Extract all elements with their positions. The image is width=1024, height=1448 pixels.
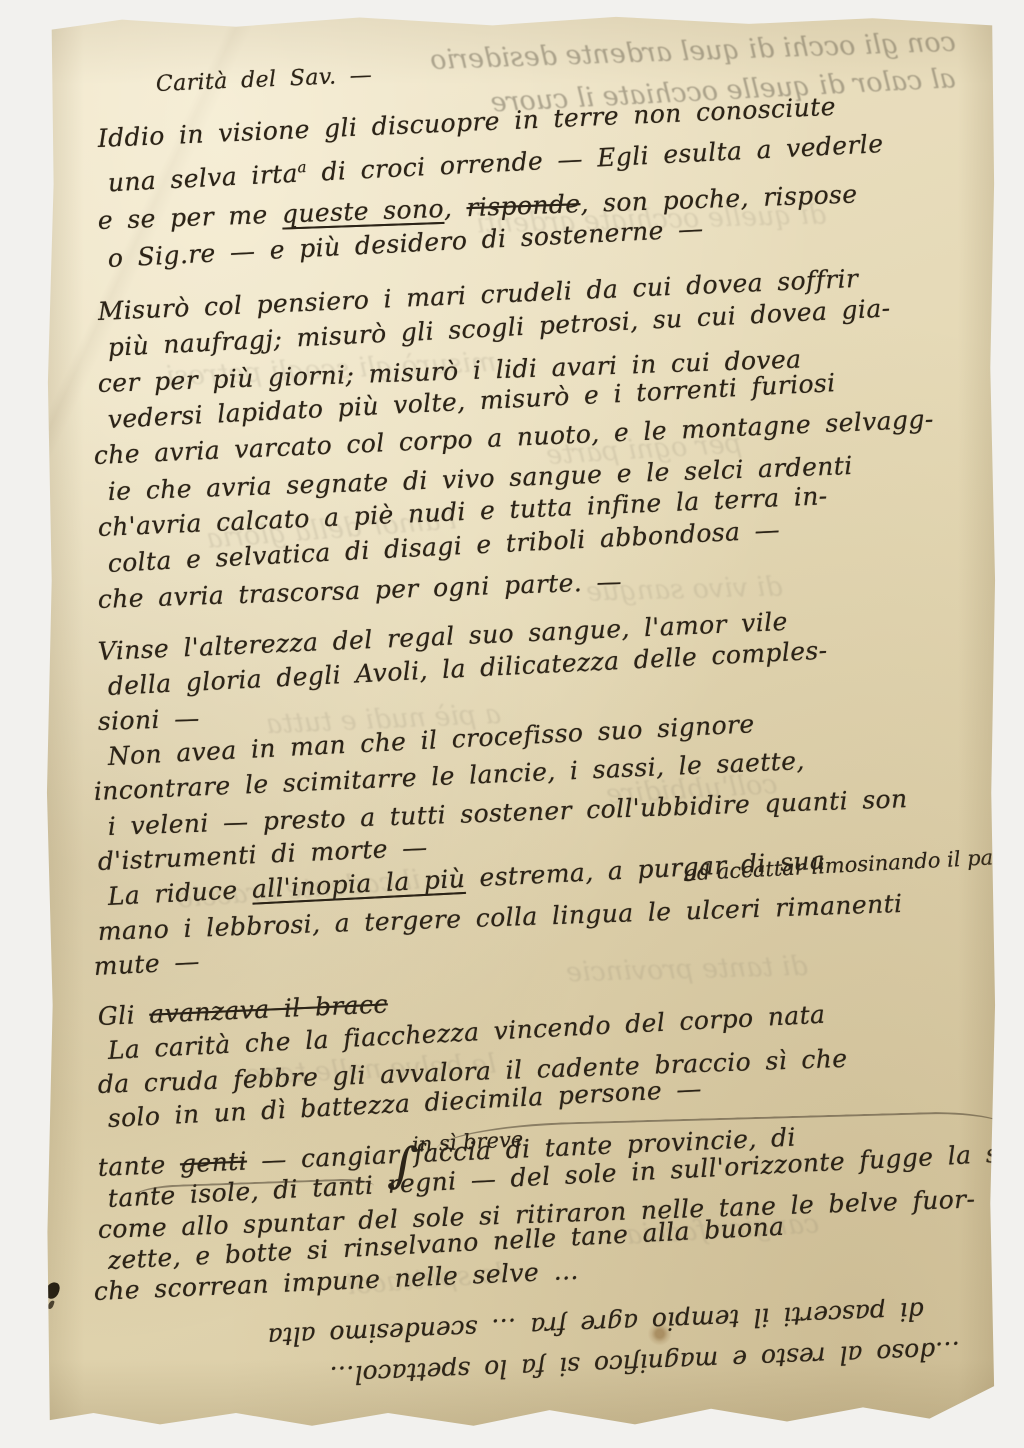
manuscript-page: con gli occhi di quel ardente desiderioa… <box>46 14 996 1430</box>
paragraph: Gli avanzava il braccLa carità che la fi… <box>98 1000 978 1136</box>
paragraph: Vinse l'alterezza del regal suo sangue, … <box>98 634 978 984</box>
paragraph: tante genti — cangiar faccia di tante pr… <box>98 1152 978 1307</box>
underlined-text: all'inopia la più <box>251 864 466 904</box>
manuscript-text: Carità del Sav. — Iddio in visione gli d… <box>98 66 978 1323</box>
paragraph: Iddio in visione gli discuopre in terre … <box>98 120 978 278</box>
struck-text: genti <box>179 1147 247 1179</box>
inverted-bottom-lines: …doso al resto e magnifico si fa lo spet… <box>89 1290 960 1382</box>
paragraph: Misurò col pensiero i mari crudeli da cu… <box>98 294 978 618</box>
paragraphs-container: Iddio in visione gli discuopre in terre … <box>98 120 978 1307</box>
ink-blot <box>44 1280 62 1300</box>
superscript-letter: a <box>297 158 307 176</box>
